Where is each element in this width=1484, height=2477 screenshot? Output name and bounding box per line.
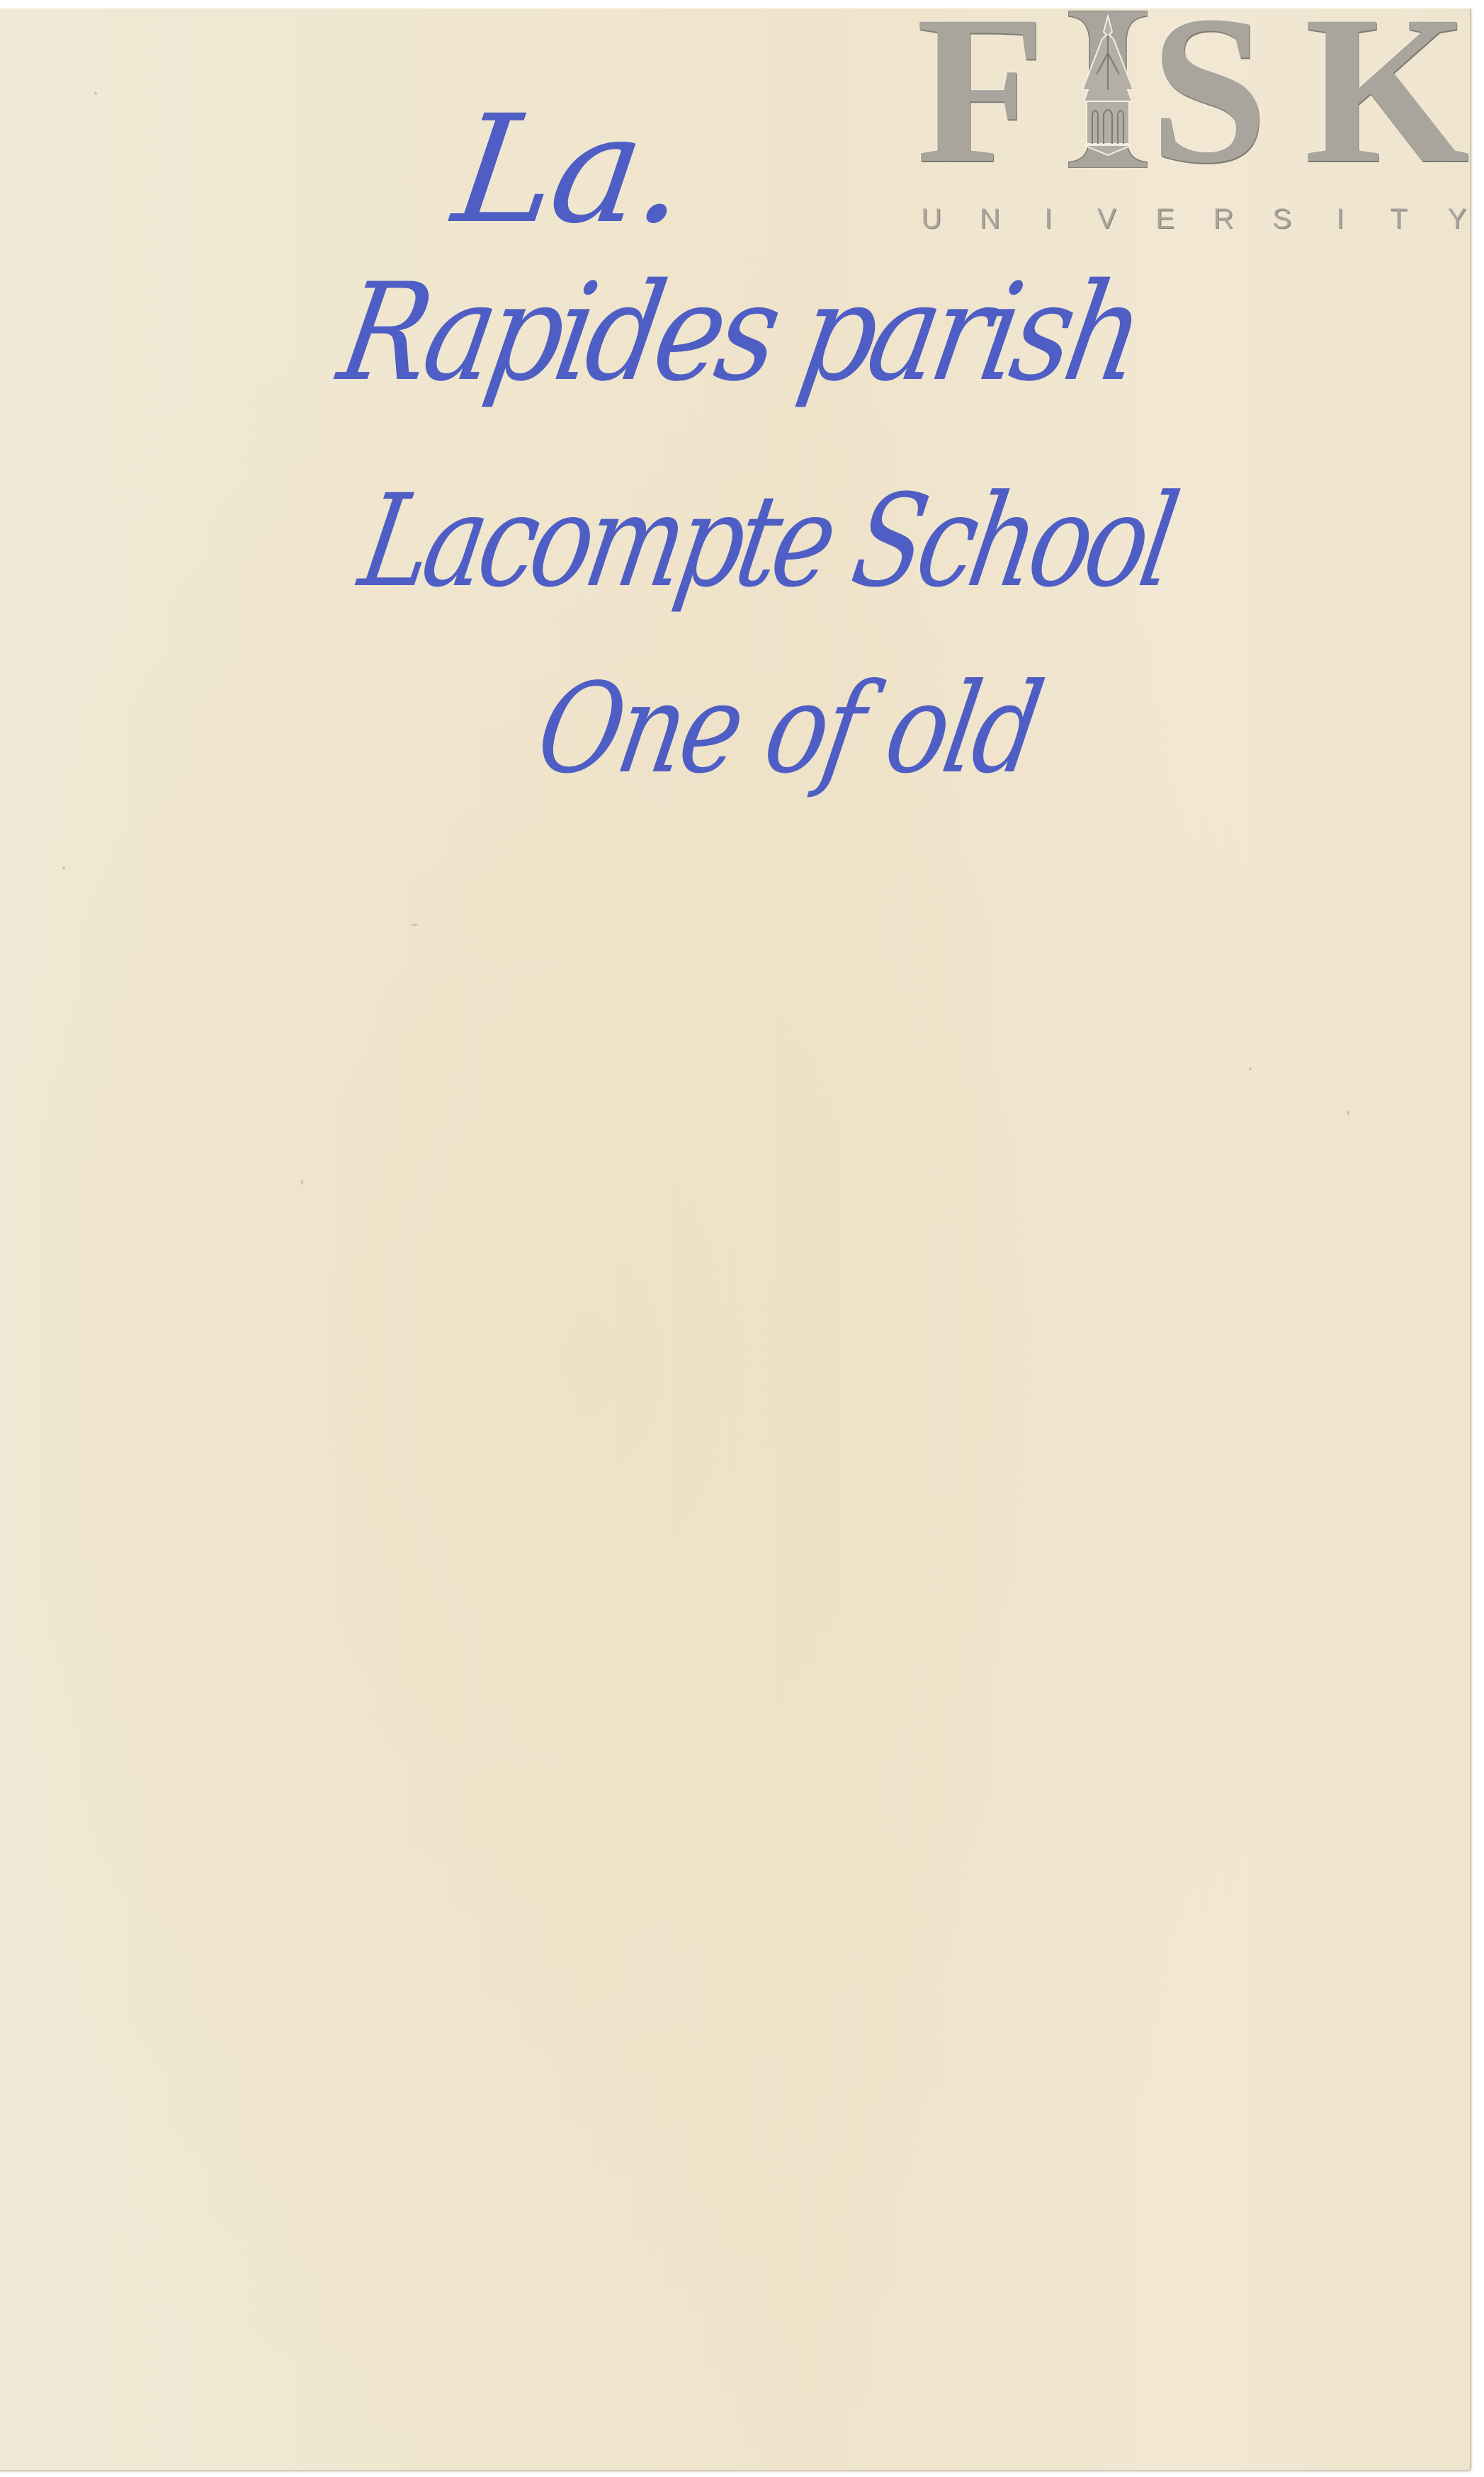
- handwritten-line-school: Lacompte School: [351, 467, 1183, 616]
- handwritten-line-note: One of old: [528, 659, 1049, 800]
- logo-subtitle-letter: E: [1151, 202, 1179, 236]
- logo-subtitle-letter: N: [975, 202, 1004, 236]
- bell-tower-icon: [1068, 11, 1148, 168]
- paper-speck: [94, 92, 97, 95]
- logo-subtitle-university: U N I V E R S I T Y: [917, 202, 1471, 236]
- logo-subtitle-letter: T: [1385, 202, 1413, 236]
- logo-subtitle-letter: I: [1034, 202, 1063, 236]
- paper-speck: [1347, 1110, 1349, 1116]
- logo-subtitle-letter: I: [1326, 202, 1354, 236]
- logo-subtitle-letter: R: [1209, 202, 1237, 236]
- paper-speck: [62, 866, 65, 869]
- paper-speck: [301, 1179, 303, 1185]
- handwritten-line-parish: Rapides parish: [329, 255, 1150, 411]
- paper-speck: [1249, 1067, 1252, 1070]
- handwritten-line-state: La.: [446, 92, 694, 248]
- logo-subtitle-letter: Y: [1443, 202, 1471, 236]
- logo-letter-s: S: [1150, 11, 1268, 168]
- logo-letter-f: F: [916, 11, 1046, 168]
- paper-speck: [411, 924, 418, 926]
- logo-subtitle-letter: V: [1092, 202, 1121, 236]
- fisk-university-logo: F S K U N I V E R S I T Y: [916, 11, 1470, 227]
- logo-subtitle-letter: S: [1268, 202, 1296, 236]
- logo-letter-k: K: [1304, 11, 1469, 168]
- logo-subtitle-letter: U: [917, 202, 946, 236]
